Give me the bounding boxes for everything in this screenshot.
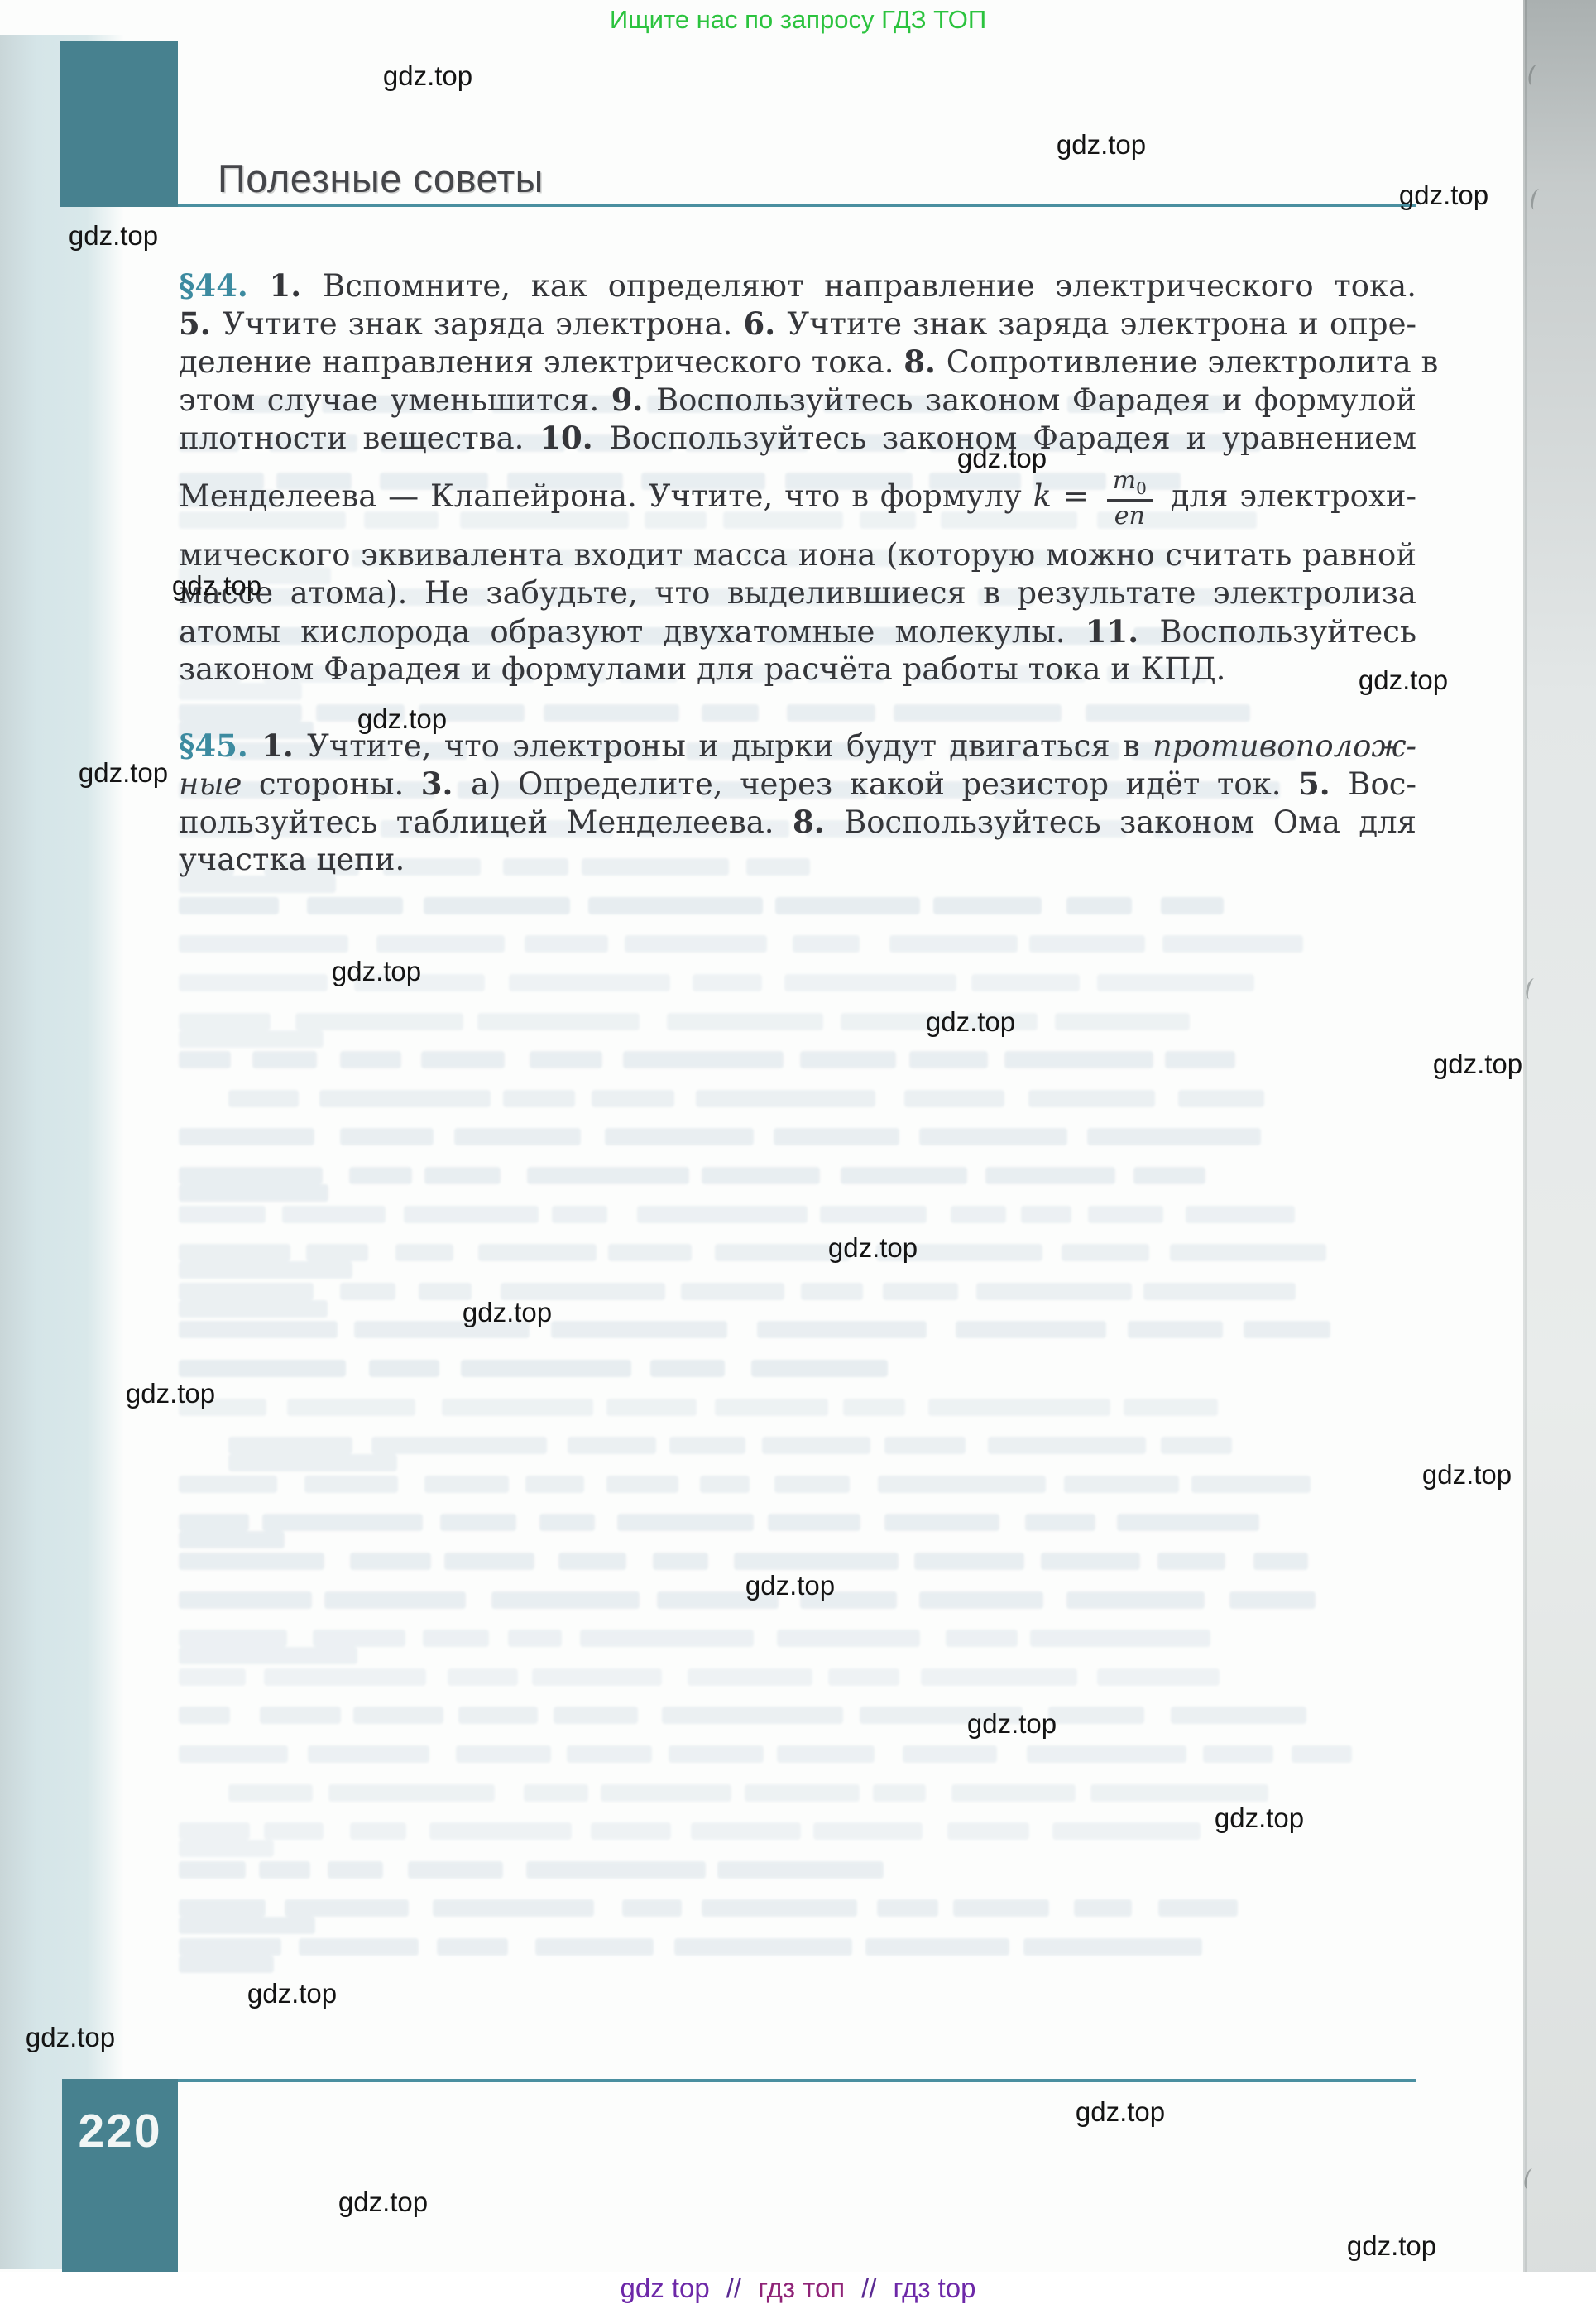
bleedthrough-word [308,1745,429,1763]
bleedthrough-word [774,1476,850,1493]
watermark-gdz-top: gdz.top [745,1570,835,1601]
bleedthrough-word [883,1283,958,1300]
bleedthrough-word [667,1013,823,1030]
bleedthrough-line [179,1360,917,1380]
text-line: пользуйтесь таблицей Менделеева. 8. Восп… [179,803,1416,841]
bleedthrough-word [179,1668,246,1686]
text-line: законом Фарадея и формулами для расчёта … [179,650,1416,689]
bleedthrough-word [800,1051,896,1068]
watermark-gdz-top: gdz.top [332,956,421,987]
paragraph-section: §44. 1. Вспомните, как определяют направ… [179,266,1416,689]
bleedthrough-word [1133,1167,1205,1184]
bleedthrough-word [525,1476,584,1493]
watermark-gdz-top: gdz.top [247,1978,337,2009]
bleedthrough-word [421,1051,505,1068]
bleedthrough-word [179,704,302,722]
watermark-gdz-top: gdz.top [1359,665,1448,696]
bleedthrough-word [688,1668,812,1686]
bleedthrough-word [179,1283,314,1300]
bleedthrough-word [894,704,1062,722]
text-segment: массе атома). Не забудьте, что выделивши… [179,575,1416,611]
bleedthrough-word [1161,1437,1232,1454]
watermark-gdz-top: gdz.top [1433,1049,1522,1080]
bleedthrough-word [1066,1591,1205,1609]
bleedthrough-word [179,1360,346,1377]
bleedthrough-word [889,935,1018,953]
bleedthrough-word [1157,1553,1225,1570]
bleedthrough-word [527,1167,689,1184]
text-segment: Воспользуйтесь [1159,614,1416,650]
bleedthrough-word [777,1745,875,1763]
bleedthrough-word [228,1454,397,1471]
paragraph-section: §45. 1. Учтите, что электроны и дырки бу… [179,727,1416,879]
bleedthrough-word [1023,1938,1202,1956]
bleedthrough-word [179,1956,274,1973]
watermark-gdz-top: gdz.top [463,1297,552,1328]
bleedthrough-line [179,1244,1416,1264]
text-line: участка цепи. [179,841,1416,879]
bleedthrough-word [558,1553,626,1570]
text-segment: 10. [539,420,609,456]
bleedthrough-word [784,974,956,991]
text-segment: Учтите знак заряда электрона и опре- [787,306,1416,342]
text-line: этом случае уменьшится. 9. Воспользуйтес… [179,381,1416,419]
bleedthrough-word [259,1861,310,1879]
text-segment: Вспомните, как определяют направление эл… [323,268,1416,304]
text-segment: Воспользуйтесь законом Ома для [844,804,1416,840]
bleedthrough-word [606,1476,678,1493]
page-title: Полезные советы [218,156,544,201]
bleedthrough-word [340,1128,434,1145]
watermark-gdz-top: gdz.top [1347,2230,1436,2262]
bleedthrough-line [179,1206,1325,1226]
text-segment: пользуйтесь таблицей Менделеева. [179,804,793,840]
bleedthrough-word [681,1283,784,1300]
bleedthrough-word [884,1514,999,1531]
watermark-gdz-top: gdz.top [1215,1803,1304,1834]
bleedthrough-line [179,1668,1296,1688]
bleedthrough-word [947,1822,1029,1840]
bleedthrough-word [1004,1051,1153,1068]
text-segment: Учтите знак заряда электрона. [223,306,744,342]
bleedthrough-word [828,1668,899,1686]
bleedthrough-word [985,1167,1115,1184]
watermark-gdz-top: gdz.top [967,1708,1057,1740]
text-segment: участка цепи. [179,842,405,877]
text-line: 5. Учтите знак заряда электрона. 6. Учти… [179,305,1416,343]
footer-link-text: gdz top [621,2273,710,2303]
page-left-edge-shade [0,35,124,2269]
bleedthrough-word [1170,1244,1326,1261]
bleedthrough-word [299,1938,419,1956]
text-segment: Сопротивление электролита в [947,344,1439,380]
watermark-gdz-top: gdz.top [69,220,158,252]
bleedthrough-word [179,1167,323,1184]
bleedthrough-line [179,1321,1408,1341]
footer-rule [178,2079,1416,2082]
bleedthrough-word [491,1591,640,1609]
bleedthrough-word [423,1630,489,1647]
bleedthrough-word [751,1360,888,1377]
bleedthrough-word [404,1206,539,1223]
bleedthrough-word [424,897,570,914]
footer-link-text: гдз топ [758,2273,845,2303]
bleedthrough-word [669,1437,745,1454]
bleedthrough-word [437,1938,508,1956]
bleedthrough-word [1158,1899,1238,1917]
bleedthrough-word [1090,1784,1268,1802]
bleedthrough-word [478,1244,597,1261]
bleedthrough-word [530,1051,602,1068]
bleedthrough-word [873,1784,926,1802]
bleedthrough-word [179,1899,266,1917]
bleedthrough-word [1030,1630,1210,1647]
page-number-box: 220 [62,2079,178,2272]
bleedthrough-word [933,897,1042,914]
bleedthrough-word [340,1051,401,1068]
bleedthrough-word [179,1553,324,1570]
bleedthrough-word [650,1360,725,1377]
bleedthrough-word [295,1013,463,1030]
bleedthrough-line [179,1128,1309,1148]
bleedthrough-word [285,1899,409,1917]
bleedthrough-word [674,1938,852,1956]
bleedthrough-word [353,1707,443,1724]
bleedthrough-word [878,1476,1046,1493]
footer-link-text: // [861,2273,876,2303]
text-segment: 1. [248,727,307,764]
text-segment: 11. [1086,613,1160,650]
bleedthrough-word [179,1321,338,1338]
bleedthrough-word [921,1668,1077,1686]
bleedthrough-word [1253,1553,1308,1570]
bleedthrough-word [458,1707,538,1724]
bleedthrough-word [903,1745,997,1763]
text-segment: 5. [179,305,223,342]
header-rule [178,204,1416,207]
watermark-gdz-top: gdz.top [1399,180,1488,211]
text-line: атомы кислорода образуют двухатомные мол… [179,612,1416,650]
bleedthrough-line [179,1899,1398,1919]
bleedthrough-word [971,974,1080,991]
watermark-gdz-top: gdz.top [1422,1459,1512,1491]
bleedthrough-word [622,1899,682,1917]
bleedthrough-word [179,1591,312,1609]
text-segment: а) Определите, через какой резистор идёт… [471,766,1298,802]
bleedthrough-word [953,1899,1049,1917]
bleedthrough-word [662,1707,843,1724]
bleedthrough-word [696,1090,875,1107]
bleedthrough-word [775,897,920,914]
bleedthrough-word [328,1784,495,1802]
bleedthrough-word [745,1784,860,1802]
bleedthrough-word [884,1437,966,1454]
footer-link-text: // [726,2273,741,2303]
bleedthrough-word [179,1822,250,1840]
bleedthrough-word [433,1899,594,1917]
bleedthrough-word [1229,1591,1316,1609]
text-segment: 8. [903,343,947,380]
bleedthrough-word [424,1167,501,1184]
bleedthrough-line [179,897,1304,917]
bleedthrough-word [503,1090,575,1107]
bleedthrough-word [179,1030,324,1048]
bleedthrough-word [1066,897,1132,914]
bleedthrough-word [260,1707,341,1724]
bleedthrough-word [591,1822,671,1840]
text-segment: 6. [743,305,787,342]
text-segment: = [1052,478,1100,514]
bleedthrough-word [702,1167,820,1184]
bleedthrough-word [567,1745,652,1763]
bleedthrough-line [179,704,1348,724]
bleedthrough-word [843,1399,905,1416]
text-segment: Менделеева — Клапейрона. Учтите, что в ф… [179,478,1033,514]
bleedthrough-word [179,1917,315,1934]
bleedthrough-word [1117,1514,1259,1531]
bleedthrough-word [580,1630,754,1647]
bleedthrough-word [429,1822,572,1840]
watermark-gdz-top: gdz.top [1057,129,1146,161]
bleedthrough-word [349,1167,412,1184]
bleedthrough-word [179,1013,271,1030]
bleedthrough-word [461,1360,631,1377]
bleedthrough-word [946,1630,1018,1647]
bleedthrough-word [179,1531,285,1548]
bleedthrough-word [264,1668,426,1686]
bleedthrough-line [179,1399,1302,1419]
bleedthrough-line [228,1784,1349,1804]
watermark-gdz-top: gdz.top [26,2022,115,2053]
bleedthrough-word [1162,935,1303,953]
bleedthrough-word [350,1822,406,1840]
bleedthrough-word [287,1399,415,1416]
bleedthrough-word [532,1668,662,1686]
bleedthrough-word [1165,1051,1235,1068]
bleedthrough-word [588,897,763,914]
bleedthrough-word [179,897,279,914]
text-segment: k [1033,478,1052,514]
bleedthrough-word [1021,1206,1071,1223]
bleedthrough-word [601,1784,731,1802]
bleedthrough-word [179,1184,328,1202]
bleedthrough-word [179,1261,352,1279]
bleedthrough-word [539,1514,595,1531]
bleedthrough-word [179,1244,290,1261]
bleedthrough-word [787,704,875,722]
bleedthrough-word [508,1630,562,1647]
bleedthrough-word [395,1244,453,1261]
bleedthrough-line [179,1861,955,1881]
bleedthrough-word [1097,1668,1220,1686]
footer-site-links: gdz top//гдз топ//гдз top [0,2273,1596,2304]
bleedthrough-word [1055,1013,1190,1030]
bleedthrough-word [768,1514,860,1531]
bleedthrough-word [1143,1283,1296,1300]
bleedthrough-word [774,1128,899,1145]
text-line: Менделеева — Клапейрона. Учтите, что в ф… [179,457,1416,536]
bleedthrough-word [1052,1822,1201,1840]
bleedthrough-line [179,1938,1296,1958]
bleedthrough-word [1028,1090,1155,1107]
watermark-gdz-top: gdz.top [357,703,447,735]
bleedthrough-word [762,1437,870,1454]
text-segment: 3. [421,766,471,802]
bleedthrough-word [179,935,348,953]
bleedthrough-line [179,1283,1406,1303]
bleedthrough-word [1178,1090,1264,1107]
bleedthrough-line [179,1514,1397,1534]
footer-link-text: гдз top [894,2273,976,2303]
bleedthrough-word [1128,1321,1223,1338]
bleedthrough-word [264,1822,324,1840]
bleedthrough-line [179,1707,1329,1726]
bleedthrough-word [350,1553,431,1570]
bleedthrough-word [544,704,679,722]
bleedthrough-word [919,1128,1067,1145]
bleedthrough-word [304,1476,398,1493]
watermark-gdz-top: gdz.top [172,570,261,602]
bleedthrough-word [179,1128,314,1145]
text-segment: для электрохи- [1159,478,1416,514]
text-segment: атомы кислорода образуют двухатомные мол… [179,614,1086,650]
bleedthrough-word [669,1745,764,1763]
bleedthrough-word [605,1128,754,1145]
bleedthrough-word [179,1647,357,1664]
bleedthrough-word [448,1668,518,1686]
bleedthrough-word [813,1822,923,1840]
bleedthrough-word [1191,1476,1311,1493]
bleedthrough-word [757,1321,927,1338]
bleedthrough-word [456,1745,551,1763]
bleedthrough-word [820,1206,927,1223]
bleedthrough-word [526,1861,706,1879]
bleedthrough-word [715,1399,828,1416]
text-line: мического эквивалента входит масса иона … [179,536,1416,574]
bleedthrough-word [179,1300,328,1318]
bleedthrough-word [592,1090,674,1107]
watermark-gdz-top: gdz.top [338,2187,428,2218]
text-segment: Воспользуйтесь законом Фарадея и формуло… [656,382,1416,418]
text-segment: деление направления электрического тока. [179,344,903,380]
bleedthrough-word [552,1206,607,1223]
bleedthrough-word [319,1090,491,1107]
bleedthrough-word [841,1167,967,1184]
bleedthrough-word [1171,1707,1306,1724]
bleedthrough-word [179,1206,266,1223]
scan-background-right [1525,0,1596,2309]
text-line: массе атома). Не забудьте, что выделивши… [179,574,1416,612]
bleedthrough-word [691,1822,801,1840]
bleedthrough-word [179,1514,249,1531]
bleedthrough-word [702,1899,857,1917]
bleedthrough-word [919,1591,1043,1609]
bleedthrough-word [524,1784,588,1802]
bleedthrough-word [324,1591,466,1609]
bleedthrough-word [477,1013,640,1030]
bleedthrough-word [179,1745,288,1763]
text-segment: 9. [611,382,656,418]
text-line: плотности вещества. 10. Воспользуйтесь з… [179,419,1416,457]
bleedthrough-word [1041,1553,1140,1570]
bleedthrough-word [1088,1206,1163,1223]
bleedthrough-word [717,1861,884,1879]
bleedthrough-word [1087,1128,1261,1145]
bleedthrough-word [1203,1745,1273,1763]
text-line: §44. 1. Вспомните, как определяют направ… [179,266,1416,305]
bleedthrough-word [1062,1244,1149,1261]
text-line: деление направления электрического тока.… [179,343,1416,381]
bleedthrough-word [1097,974,1254,991]
watermark-gdz-top: gdz.top [828,1232,918,1264]
bleedthrough-line [228,1437,1342,1457]
bleedthrough-word [617,1514,754,1531]
bleedthrough-word [608,1244,692,1261]
bleedthrough-word [606,1399,697,1416]
header-teal-block [60,41,178,207]
text-segment: противополож- [1153,728,1416,764]
bleedthrough-word [440,1514,516,1531]
bleedthrough-word [702,704,759,722]
bleedthrough-word [535,1938,654,1956]
bleedthrough-word [179,1861,246,1879]
section-label: §45. [179,727,248,764]
text-segment: 1. [248,267,323,304]
bleedthrough-word [1086,704,1250,722]
bleedthrough-word [376,935,505,953]
bleedthrough-word [554,1707,638,1724]
bleedthrough-word [1029,935,1145,953]
bleedthrough-word [442,1399,593,1416]
bleedthrough-word [282,1206,386,1223]
bleedthrough-word [1048,1707,1144,1724]
bleedthrough-line [179,1051,1296,1071]
text-segment: ные [179,766,242,802]
fraction-formula: m0en [1107,468,1153,530]
watermark-gdz-top: gdz.top [383,60,472,92]
bleedthrough-line [179,1167,1379,1187]
bleedthrough-word [454,1128,581,1145]
bleedthrough-word [734,1553,899,1570]
bleedthrough-word [625,935,767,953]
text-segment: законом Фарадея и формулами для расчёта … [179,651,1225,687]
bleedthrough-word [904,1090,1004,1107]
bleedthrough-word [568,1437,656,1454]
bleedthrough-word [1027,1745,1186,1763]
bleedthrough-word [928,1399,1110,1416]
bleedthrough-word [1161,897,1224,914]
bleedthrough-word [1292,1745,1352,1763]
bleedthrough-word [306,1244,368,1261]
bleedthrough-word [909,1051,988,1068]
text-segment: Вос- [1348,766,1416,802]
bleedthrough-word [444,1553,534,1570]
bleedthrough-word [262,1514,423,1531]
bleedthrough-word [693,974,762,991]
bleedthrough-word [179,1051,231,1068]
bleedthrough-word [877,1899,938,1917]
bleedthrough-word [179,1630,287,1647]
watermark-gdz-top: gdz.top [1076,2096,1165,2128]
bleedthrough-word [700,1476,750,1493]
site-banner-text: Ищите нас по запросу ГДЗ ТОП [0,5,1596,35]
bleedthrough-word [956,1321,1106,1338]
bleedthrough-line [228,1090,1336,1110]
bleedthrough-word [252,1051,317,1068]
bleedthrough-word [793,935,860,953]
watermark-gdz-top: gdz.top [79,757,168,789]
text-segment: этом случае уменьшится. [179,382,611,418]
